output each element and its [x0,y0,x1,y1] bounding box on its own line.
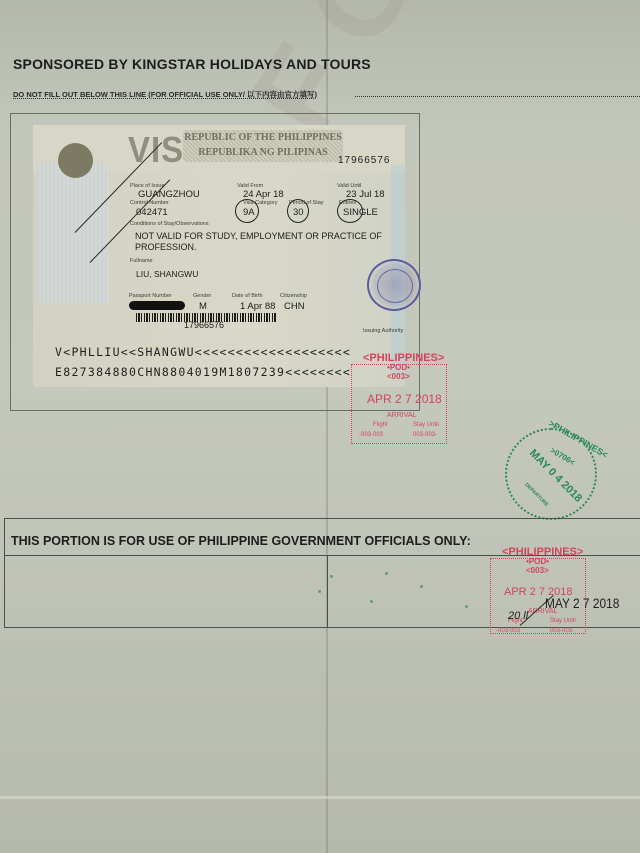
issuer-line-1: REPUBLIC OF THE PHILIPPINES [183,130,343,145]
ink-speck [330,575,333,578]
citizenship-label: Citizenship [280,293,307,299]
table-column-divider [327,555,328,628]
visa-sticker: VISA REPUBLIC OF THE PHILIPPINES REPUBLI… [33,125,405,387]
ink-speck [370,600,373,603]
passport-number-redacted [129,301,185,310]
stamp-type: DEPARTURE [523,482,549,508]
dotted-divider [355,96,640,97]
sponsor-line: SPONSORED BY KINGSTAR HOLIDAYS AND TOURS [13,56,371,72]
citizenship-value: CHN [284,301,305,312]
ink-speck [465,605,468,608]
stamp-flight-label: Flight [373,422,388,428]
date-of-birth-label: Date of Birth [232,293,263,299]
gender-value: M [199,301,207,312]
conditions-label: Conditions of Stay/Observations [130,221,209,227]
arrival-stamp: <PHILIPPINES> •POD• <003> APR 2 7 2018 A… [343,352,453,444]
issuer-banner: REPUBLIC OF THE PHILIPPINES REPUBLIKA NG… [183,130,343,162]
mrz-line-2: E827384880CHN8804019M1807239<<<<<<<< [55,365,351,379]
stamp-code: <003> [387,372,410,381]
fullname-label: Fullname [130,258,153,264]
date-of-birth-value: 1 Apr 88 [240,301,275,312]
conditions-value: NOT VALID FOR STUDY, EMPLOYMENT OR PRACT… [135,231,385,253]
gender-label: Gender [193,293,211,299]
stamp-bottom-left: -003-003 [496,628,520,634]
security-pattern [37,163,109,303]
arrival-stamp-second: <PHILIPPINES> •POD• <003> APR 2 7 2018 A… [488,546,588,636]
stamp-port: •POD• [387,363,410,372]
barcode-number: 17966576 [184,320,224,330]
entries-circle [337,199,363,223]
stamp-type: ARRIVAL [387,412,416,419]
official-use-title: THIS PORTION IS FOR USE OF PHILIPPINE GO… [11,534,471,548]
visa-category-circle [235,199,259,223]
visa-number: 17966576 [338,155,391,166]
visa-application-form: OT FOR SALE SPONSORED BY KINGSTAR HOLIDA… [0,0,640,853]
paper-fold-horizontal [0,796,640,799]
stamp-date: APR 2 7 2018 [367,392,442,406]
place-of-issue-value: GUANGZHOU [138,189,200,200]
consulate-seal-icon [367,259,421,311]
mrz-line-1: V<PHLLIU<<SHANGWU<<<<<<<<<<<<<<<<<<< [55,345,351,359]
period-of-stay-circle [287,199,309,223]
official-use-instruction: DO NOT FILL OUT BELOW THIS LINE (FOR OFF… [13,89,317,100]
stamp-bottom-right: 003-003- [413,432,437,438]
stamp-stay-label: Stay Until [550,618,576,624]
ink-speck [318,590,321,593]
departure-stamp: >PHILIPPINES< >0706< MAY 0 4 2018 DEPART… [505,428,597,520]
issuer-line-2: REPUBLIKA NG PILIPINAS [183,145,343,160]
stay-until-date-stamp: MAY 2 7 2018 [545,595,619,611]
hologram-seal-icon [58,143,93,178]
stamp-port: •POD• [526,557,549,566]
stamp-stay-label: Stay Until [413,422,439,428]
ink-speck [420,585,423,588]
stamp-code: <003> [526,566,549,575]
fullname-value: LIU, SHANGWU [136,269,198,279]
passport-number-label: Passport Number [129,293,172,299]
ink-speck [385,572,388,575]
stamp-bottom-left: -003-003 [359,432,383,438]
stamp-bottom-right: 003-003- [550,628,574,634]
issuing-authority-label: Issuing Authority [363,328,403,334]
